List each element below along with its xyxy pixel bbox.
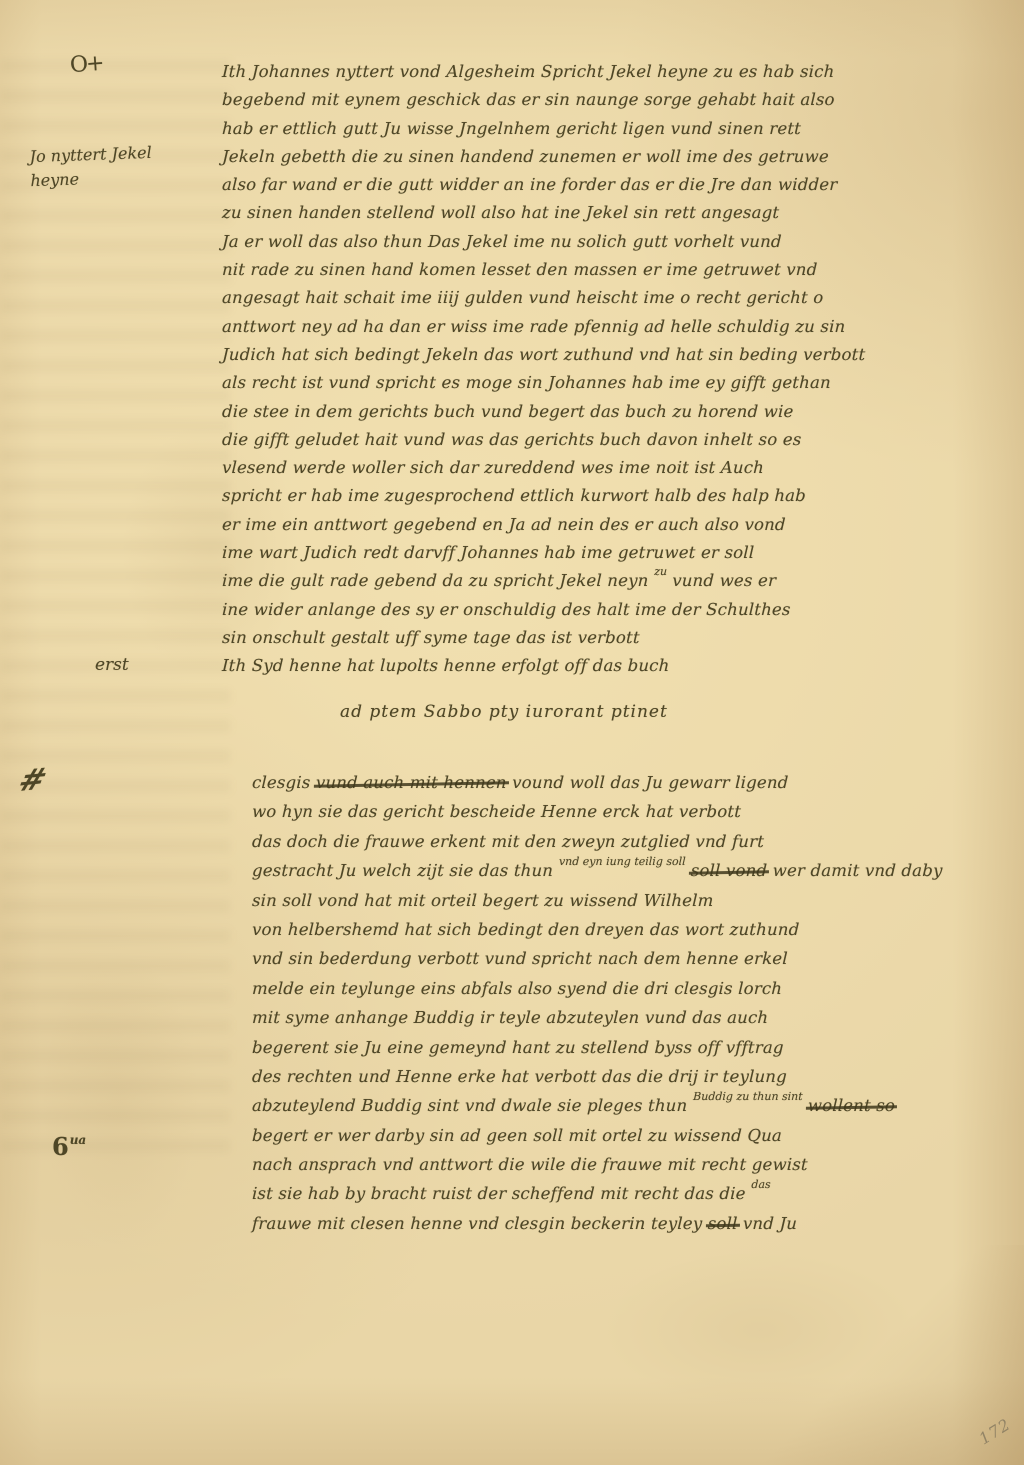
manuscript-line: Jekeln gebetth die zu sinen handend zune… bbox=[222, 143, 993, 171]
struck-text: vund auch mit hennen bbox=[316, 773, 507, 792]
manuscript-line: ine wider anlange des sy er onschuldig d… bbox=[222, 596, 993, 624]
line-text: Ith Johannes nyttert vond Algesheim Spri… bbox=[222, 62, 835, 81]
manuscript-line: abzuteylend Buddig sint vnd dwale sie pl… bbox=[251, 1091, 1002, 1120]
line-text: als recht ist vund spricht es moge sin J… bbox=[222, 373, 832, 392]
line-text: ime die gult rade gebend da zu spricht J… bbox=[222, 571, 655, 590]
manuscript-page: O+ Jo nyttert Jekel heyne erst # 6ua Ith… bbox=[0, 0, 1024, 1465]
parchment-stain bbox=[600, 1250, 920, 1410]
manuscript-line: Judich hat sich bedingt Jekeln das wort … bbox=[222, 341, 993, 369]
line-text: ine wider anlange des sy er onschuldig d… bbox=[222, 600, 791, 619]
manuscript-line: clesgis vund auch mit hennen vound woll … bbox=[251, 768, 1002, 797]
manuscript-line: nit rade zu sinen hand komen lesset den … bbox=[222, 256, 993, 284]
line-text: sin onschult gestalt uff syme tage das i… bbox=[222, 628, 640, 647]
line-text: ime wart Judich redt darvff Johannes hab… bbox=[222, 543, 755, 562]
manuscript-line: gestracht Ju welch zijt sie das thun vnd… bbox=[251, 856, 1002, 885]
quire-mark-numeral: 6 bbox=[52, 1132, 69, 1161]
line-text: von helbershemd hat sich bedingt den dre… bbox=[252, 920, 800, 939]
main-text-block: Ith Johannes nyttert vond Algesheim Spri… bbox=[222, 58, 992, 681]
quire-mark-superscript: ua bbox=[70, 1133, 87, 1147]
manuscript-line: er ime ein anttwort gegebend en Ja ad ne… bbox=[222, 511, 993, 539]
line-text: hab er ettlich gutt Ju wisse Jngelnhem g… bbox=[222, 119, 802, 138]
line-text: Judich hat sich bedingt Jekeln das wort … bbox=[222, 345, 866, 364]
line-text: wo hyn sie das gericht bescheide Henne e… bbox=[252, 802, 742, 821]
manuscript-line: spricht er hab ime zugesprochend ettlich… bbox=[222, 482, 993, 510]
manuscript-line: also far wand er die gutt widder an ine … bbox=[222, 171, 993, 199]
line-text: begert er wer darby sin ad geen soll mit… bbox=[252, 1126, 783, 1145]
manuscript-line: sin onschult gestalt uff syme tage das i… bbox=[222, 624, 993, 652]
quire-mark: 6ua bbox=[52, 1132, 85, 1161]
line-text: Jekeln gebetth die zu sinen handend zune… bbox=[222, 147, 829, 166]
margin-entry-note-line2: heyne bbox=[30, 165, 153, 193]
manuscript-line: Ith Johannes nyttert vond Algesheim Spri… bbox=[222, 58, 993, 86]
manuscript-line: anttwort ney ad ha dan er wiss ime rade … bbox=[222, 313, 993, 341]
manuscript-line: Ith Syd henne hat lupolts henne erfolgt … bbox=[222, 652, 993, 680]
struck-text: wollent so bbox=[808, 1096, 896, 1115]
line-text: mit syme anhange Buddig ir teyle abzutey… bbox=[252, 1008, 769, 1027]
line-text: vound woll das Ju gewarr ligend bbox=[506, 773, 788, 792]
second-text-block: clesgis vund auch mit hennen vound woll … bbox=[252, 768, 1002, 1238]
line-text: gestracht Ju welch zijt sie das thun bbox=[252, 861, 559, 880]
line-text: wer damit vnd daby bbox=[767, 861, 943, 880]
line-text: zu sinen handen stellend woll also hat i… bbox=[222, 203, 780, 222]
line-text: Ith Syd henne hat lupolts henne erfolgt … bbox=[222, 656, 670, 675]
line-text: Ja er woll das also thun Das Jekel ime n… bbox=[222, 232, 782, 251]
manuscript-line: von helbershemd hat sich bedingt den dre… bbox=[251, 915, 1002, 944]
manuscript-line: wo hyn sie das gericht bescheide Henne e… bbox=[251, 797, 1002, 826]
line-text: vnd Ju bbox=[737, 1214, 797, 1233]
manuscript-line: hab er ettlich gutt Ju wisse Jngelnhem g… bbox=[222, 115, 993, 143]
manuscript-line: frauwe mit clesen henne vnd clesgin beck… bbox=[251, 1209, 1002, 1238]
line-text: vund wes er bbox=[666, 571, 776, 590]
line-text: vnd sin bederdung verbott vund spricht n… bbox=[252, 949, 788, 968]
manuscript-line: als recht ist vund spricht es moge sin J… bbox=[222, 369, 993, 397]
manuscript-line: zu sinen handen stellend woll also hat i… bbox=[222, 199, 993, 227]
line-text: begerent sie Ju eine gemeynd hant zu ste… bbox=[252, 1038, 784, 1057]
parchment-stain bbox=[40, 950, 200, 1250]
manuscript-line: begerent sie Ju eine gemeynd hant zu ste… bbox=[251, 1033, 1002, 1062]
manuscript-line: mit syme anhange Buddig ir teyle abzutey… bbox=[251, 1003, 1002, 1032]
line-text: melde ein teylunge eins abfals also syen… bbox=[252, 979, 783, 998]
line-text: anttwort ney ad ha dan er wiss ime rade … bbox=[222, 317, 846, 336]
line-text: clesgis bbox=[252, 773, 317, 792]
manuscript-line: begert er wer darby sin ad geen soll mit… bbox=[251, 1121, 1002, 1150]
manuscript-line: Ja er woll das also thun Das Jekel ime n… bbox=[222, 228, 993, 256]
circle-cross-mark: O+ bbox=[69, 51, 103, 78]
line-text: nit rade zu sinen hand komen lesset den … bbox=[222, 260, 818, 279]
latin-rubric-line: ad ptem Sabbo pty iurorant ptinet bbox=[340, 702, 668, 722]
line-text: frauwe mit clesen henne vnd clesgin beck… bbox=[252, 1214, 708, 1233]
manuscript-line: angesagt hait schait ime iiij gulden vun… bbox=[222, 284, 993, 312]
line-text: ist sie hab by bracht ruist der scheffen… bbox=[252, 1184, 752, 1203]
line-text: die stee in dem gerichts buch vund beger… bbox=[222, 402, 794, 421]
line-text: das doch die frauwe erkent mit den zweyn… bbox=[252, 832, 765, 851]
manuscript-line: ime wart Judich redt darvff Johannes hab… bbox=[222, 539, 993, 567]
manuscript-line: vnd sin bederdung verbott vund spricht n… bbox=[251, 944, 1002, 973]
line-text: begebend mit eynem geschick das er sin n… bbox=[222, 90, 835, 109]
line-text: angesagt hait schait ime iiij gulden vun… bbox=[222, 288, 824, 307]
line-text: also far wand er die gutt widder an ine … bbox=[222, 175, 838, 194]
manuscript-line: die gifft geludet hait vund was das geri… bbox=[222, 426, 993, 454]
line-text: er ime ein anttwort gegebend en Ja ad ne… bbox=[222, 515, 786, 534]
line-text: des rechten und Henne erke hat verbott d… bbox=[252, 1067, 788, 1086]
margin-erst-note: erst bbox=[95, 655, 129, 675]
manuscript-line: ime die gult rade gebend da zu spricht J… bbox=[222, 567, 993, 595]
margin-entry-note-line1: Jo nyttert Jekel bbox=[29, 141, 152, 169]
margin-entry-note: Jo nyttert Jekel heyne bbox=[29, 141, 153, 193]
manuscript-line: vlesend werde woller sich dar zureddend … bbox=[222, 454, 993, 482]
manuscript-line: das doch die frauwe erkent mit den zweyn… bbox=[251, 827, 1002, 856]
manuscript-line: die stee in dem gerichts buch vund beger… bbox=[222, 398, 993, 426]
line-text: abzuteylend Buddig sint vnd dwale sie pl… bbox=[252, 1096, 694, 1115]
manuscript-line: nach ansprach vnd anttwort die wile die … bbox=[251, 1150, 1002, 1179]
struck-text: soll bbox=[707, 1214, 737, 1233]
struck-text: soll vond bbox=[690, 861, 767, 880]
line-text: vlesend werde woller sich dar zureddend … bbox=[222, 458, 765, 477]
manuscript-line: begebend mit eynem geschick das er sin n… bbox=[222, 86, 993, 114]
pencil-page-number: 172 bbox=[976, 1415, 1015, 1449]
line-text: spricht er hab ime zugesprochend ettlich… bbox=[222, 486, 807, 505]
line-text: die gifft geludet hait vund was das geri… bbox=[222, 430, 802, 449]
line-text: sin soll vond hat mit orteil begert zu w… bbox=[252, 891, 714, 910]
hash-mark: # bbox=[14, 762, 52, 799]
manuscript-line: sin soll vond hat mit orteil begert zu w… bbox=[251, 886, 1002, 915]
manuscript-line: ist sie hab by bracht ruist der scheffen… bbox=[251, 1179, 1002, 1208]
manuscript-line: des rechten und Henne erke hat verbott d… bbox=[251, 1062, 1002, 1091]
line-text: nach ansprach vnd anttwort die wile die … bbox=[252, 1155, 808, 1174]
manuscript-line: melde ein teylunge eins abfals also syen… bbox=[251, 974, 1002, 1003]
